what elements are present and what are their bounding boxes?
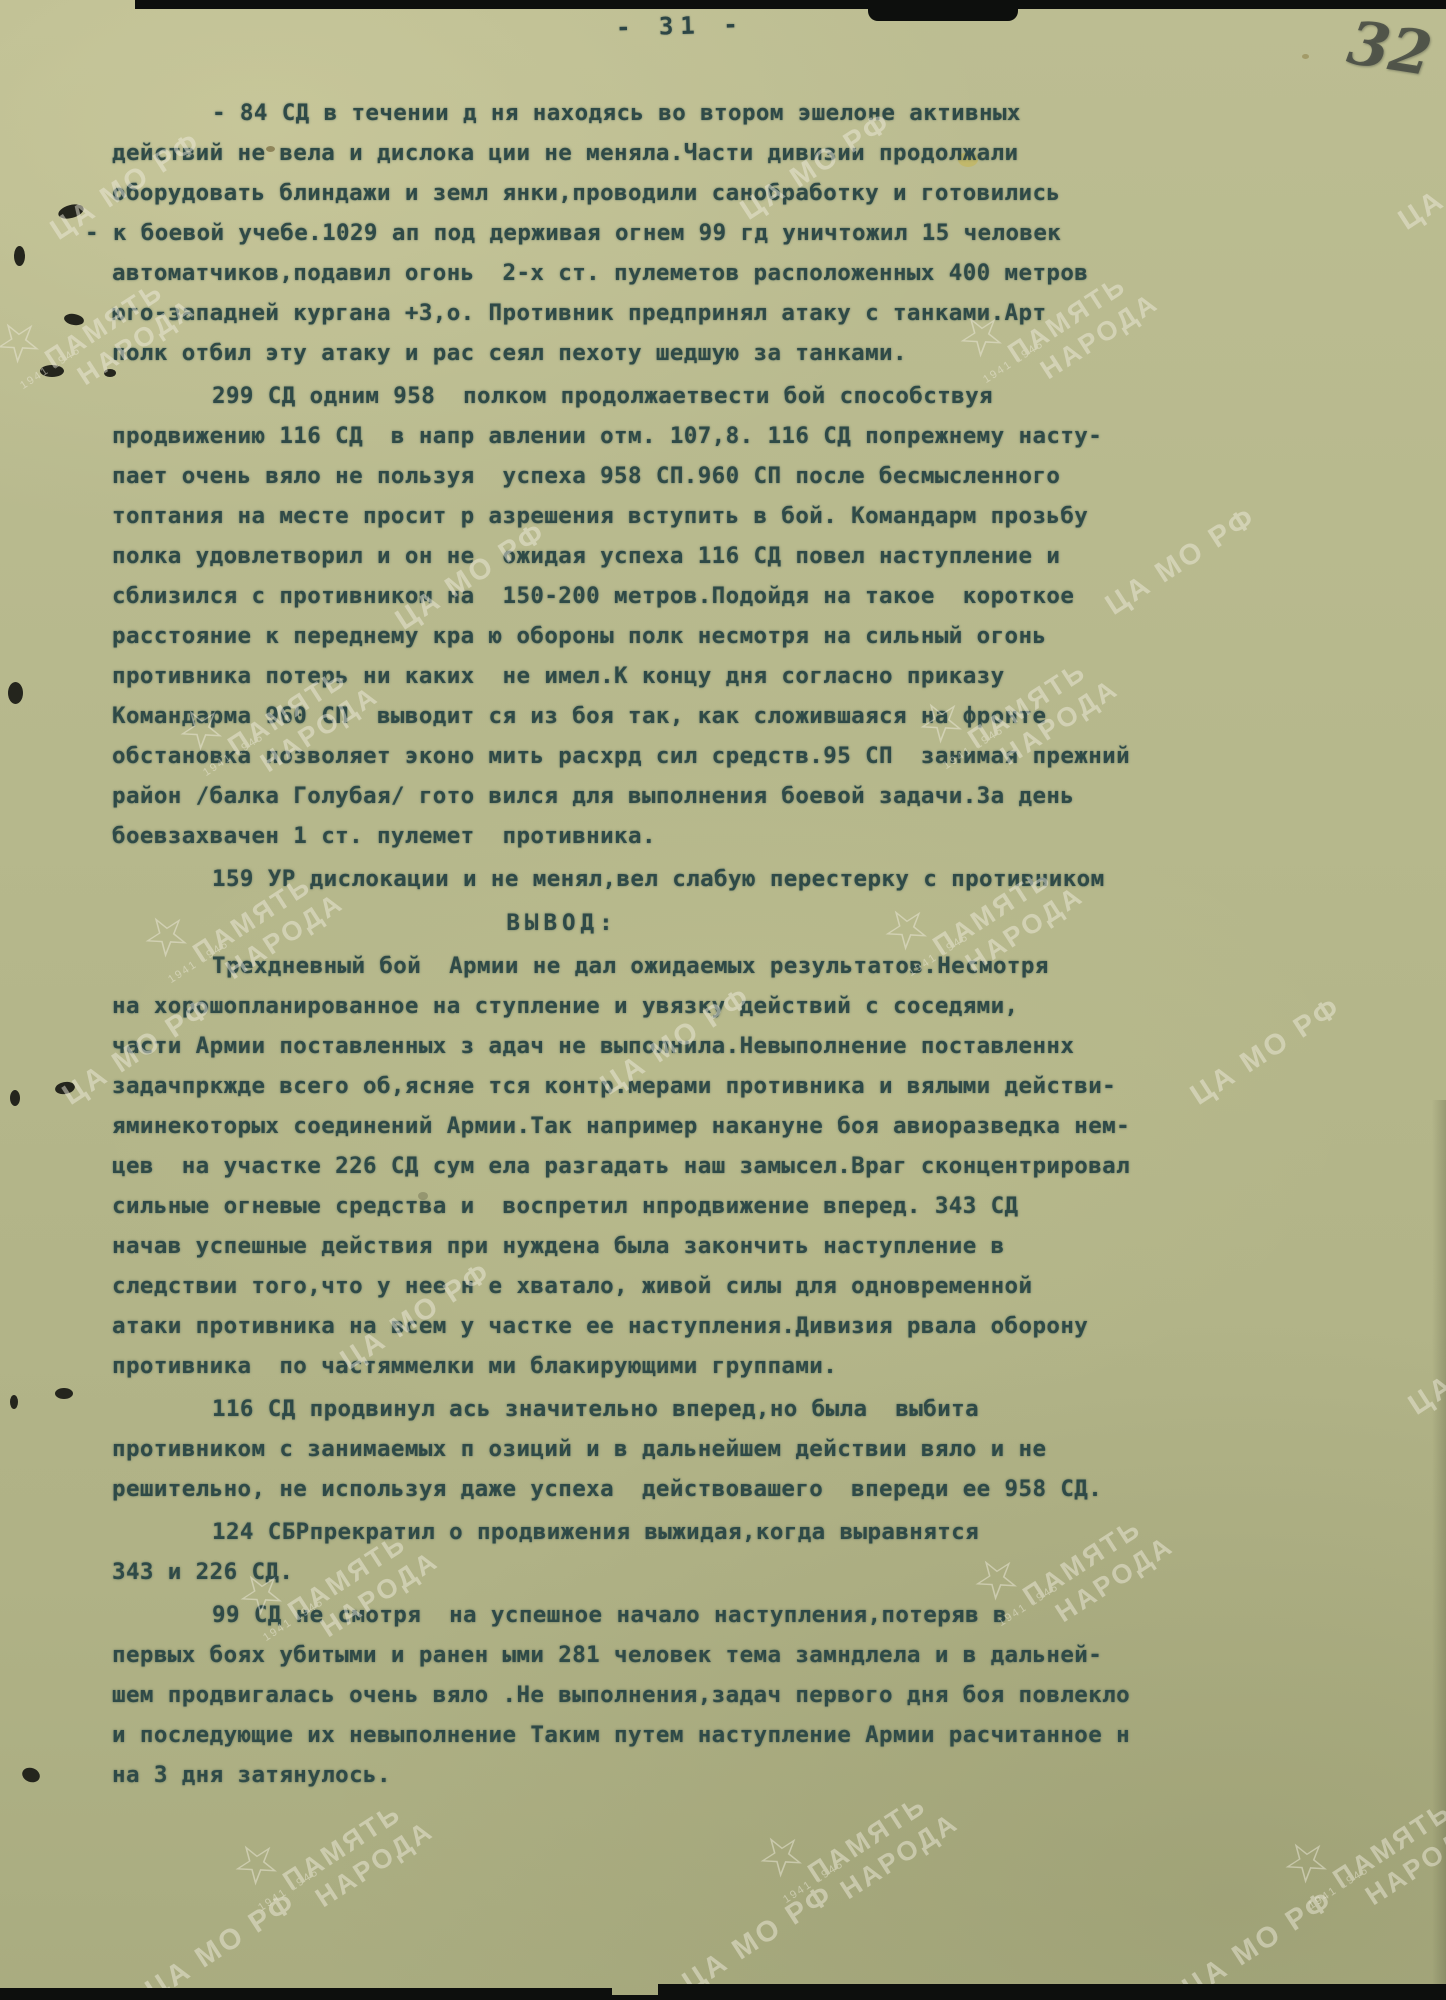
typed-line: решительно, не используя даже успеха дей… [112, 1469, 1312, 1509]
typed-line: противника потерь ни каких не имел.К кон… [112, 656, 1312, 696]
watermark-text: НАРОДА [310, 1815, 439, 1914]
typed-line: противника по частяммелки ми блакирующим… [112, 1346, 1312, 1386]
punch-hole [104, 369, 116, 377]
typed-line: Командарма 960 СП выводит ся из боя так,… [112, 696, 1312, 736]
punch-hole [57, 202, 85, 221]
scan-edge-bottom-gap [612, 1995, 658, 2000]
typed-line: атаки противника на всем у частке ее нас… [112, 1306, 1312, 1346]
typed-line: Трехдневный бой Армии не дал ожидаемых р… [112, 946, 1312, 986]
typed-line: - к боевой учебе.1029 ап под держивая ог… [85, 213, 1312, 253]
typed-line: полка удовлетворил и он не ожидая успеха… [112, 536, 1312, 576]
typed-line: сблизился с противником на 150-200 метро… [112, 576, 1312, 616]
punch-hole [20, 1765, 42, 1784]
typed-line: 116 СД продвинул ась значительно вперед,… [112, 1389, 1312, 1429]
typed-line: топтания на месте просит р азрешения вст… [112, 496, 1312, 536]
star-icon: ☆ [1268, 1821, 1343, 1900]
typed-line: 299 СД одним 958 полком продолжаетвести … [112, 376, 1312, 416]
typed-line: цев на участке 226 СД сум ела разгадать … [112, 1146, 1312, 1186]
document-body: - 84 СД в течении д ня находясь во второ… [112, 90, 1312, 1795]
typed-line: части Армии поставленных з адач не выпол… [112, 1026, 1312, 1066]
typed-line: следствии того,что у нее н е хватало, жи… [112, 1266, 1312, 1306]
punch-hole [54, 1080, 76, 1095]
punch-hole [40, 365, 64, 377]
scan-edge-bottom-right [658, 1984, 1446, 2000]
typed-line: первых боях убитыми и ранен ыми 281 чело… [112, 1635, 1312, 1675]
watermark-text: ПАМЯТЬ [1328, 1795, 1446, 1894]
typed-line: расстояние к переднему кра ю обороны пол… [112, 616, 1312, 656]
typed-line: действий не вела и дислока ции не меняла… [112, 133, 1312, 173]
punch-hole [10, 1090, 20, 1106]
paper-stain [1302, 54, 1309, 59]
star-icon: ☆ [743, 1815, 818, 1894]
archive-watermark: ЦА МО РФ [1393, 116, 1446, 238]
typed-line: противником с занимаемых п озиций и в да… [112, 1429, 1312, 1469]
typed-line: 159 УР дислокации и не менял,вел слабую … [112, 859, 1312, 899]
watermark-years: 1941 1945 [781, 1858, 846, 1906]
typed-line: - 84 СД в течении д ня находясь во второ… [112, 93, 1312, 133]
typed-line: задачпркжде всего об,ясняе тся контр.мер… [112, 1066, 1312, 1106]
watermark-text: ПАМЯТЬ [278, 1797, 408, 1896]
typed-line: 343 и 226 СД. [112, 1552, 1312, 1592]
watermark-years: 1941 1945 [256, 1866, 321, 1914]
typed-line: обстановка позволяет эконо мить расхрд с… [112, 736, 1312, 776]
typed-line: шем продвигалась очень вяло .Не выполнен… [112, 1675, 1312, 1715]
watermark-years: 1941 1945 [1306, 1864, 1371, 1912]
watermark-text: ПАМЯТЬ [803, 1789, 933, 1888]
typed-line: полк отбил эту атаку и рас сеял пехоту ш… [112, 333, 1312, 373]
typed-line: боевзахвачен 1 ст. пулемет противника. [112, 816, 1312, 856]
watermark-text: НАРОДА [835, 1807, 964, 1906]
typed-line: яминекоторых соединений Армии.Так наприм… [112, 1106, 1312, 1146]
typed-line: юго-западней кургана +3,о. Противник пре… [112, 293, 1312, 333]
typed-line: на 3 дня затянулось. [112, 1755, 1312, 1795]
typed-line: район /балка Голубая/ гото вился для вып… [112, 776, 1312, 816]
typed-line: на хорошопланированное на ступление и ув… [112, 986, 1312, 1026]
typed-line: начав успешные действия при нуждена была… [112, 1226, 1312, 1266]
scan-edge-right-shadow [1432, 1100, 1446, 2000]
scan-edge-bottom-left [0, 1988, 612, 2000]
typed-line: автоматчиков,подавил огонь 2-х ст. пулем… [112, 253, 1312, 293]
typed-line: сильные огневые средства и воспретил нпр… [112, 1186, 1312, 1226]
punch-hole [8, 682, 23, 704]
scan-edge-top [135, 0, 1446, 9]
typed-line: оборудовать блиндажи и земл янки,проводи… [112, 173, 1312, 213]
punch-hole [63, 312, 85, 326]
punch-hole [10, 1395, 18, 1409]
typed-line: пает очень вяло не пользуя успеха 958 СП… [112, 456, 1312, 496]
typed-line: 124 СБРпрекратил о продвижения выжидая,к… [112, 1512, 1312, 1552]
punch-hole [14, 246, 25, 266]
section-heading: ВЫВОД: [112, 903, 1312, 943]
handwritten-page-number: 32 [1343, 8, 1436, 90]
star-icon: ☆ [218, 1823, 293, 1902]
archive-watermark: ЦА МО РФ [677, 1878, 840, 2000]
typed-line: продвижению 116 СД в напр авлении отм. 1… [112, 416, 1312, 456]
typed-page-number: - 31 - [616, 10, 745, 41]
scanned-document-page: - 31 - 32 - 84 СД в течении д ня находяс… [0, 0, 1446, 2000]
archive-watermark: ЦА МО РФ [140, 1886, 303, 2000]
typed-line: 99 СД не смотря на успешное начало насту… [112, 1595, 1312, 1635]
typed-line: и последующие их невыполнение Таким путе… [112, 1715, 1312, 1755]
archive-watermark: ЦА МО РФ [1177, 1884, 1340, 2000]
scan-edge-top-blob [868, 0, 1018, 21]
punch-hole [55, 1388, 73, 1399]
